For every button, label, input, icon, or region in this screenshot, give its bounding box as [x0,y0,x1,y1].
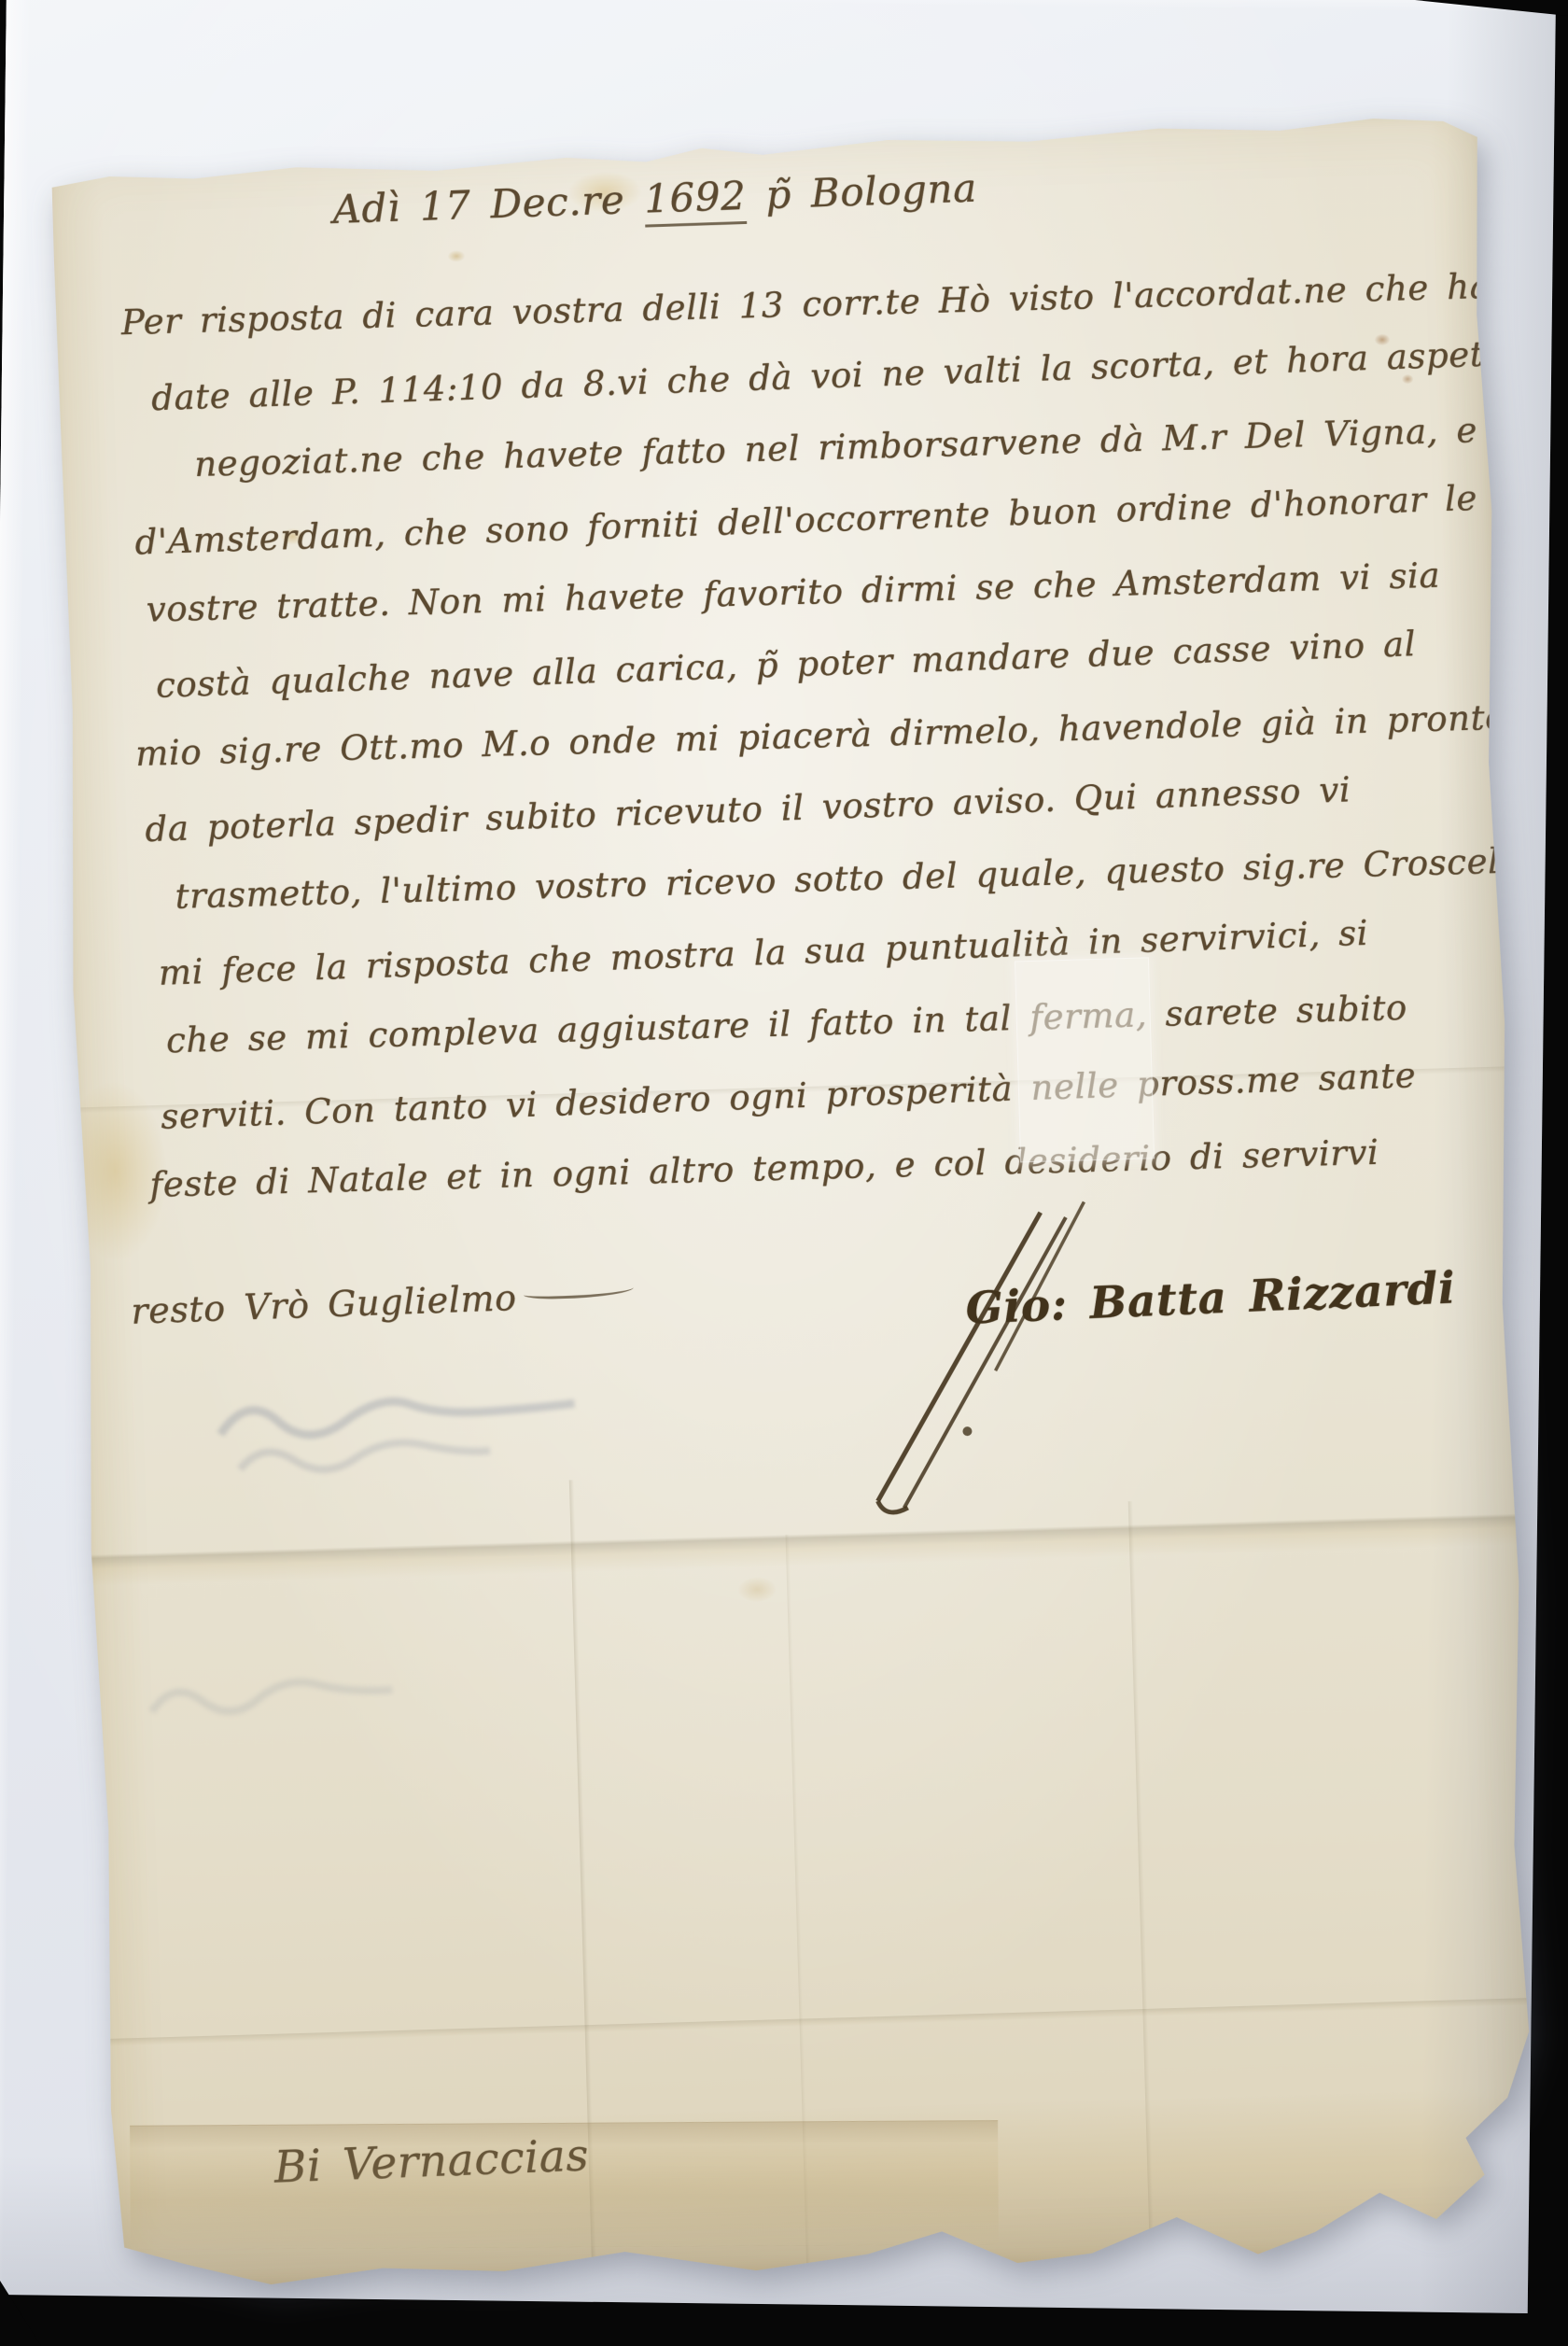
paper-stain [448,250,465,262]
paper-stain [738,1577,777,1602]
letter-line: feste di Natale et in ogni altro tempo, … [149,1132,1379,1205]
letter-line: mi fece la risposta che mostra la sua pu… [158,913,1369,993]
letter-line: mio sig.re Ott.mo M.o onde mi piacerà di… [135,697,1507,774]
paper-stain [1375,334,1390,345]
letter-line: da poterla spedir subito ricevuto il vos… [145,769,1351,850]
letter-line: vostre tratte. Non mi havete favorito di… [146,555,1440,630]
fold-crease-vertical [569,1480,597,2275]
dateline: Adì 17 Dec.re 1692 p̃ Bologna [332,165,978,232]
scanned-letter-photograph: Adì 17 Dec.re 1692 p̃ Bologna Per rispos… [0,0,1568,2346]
paper-stain [1402,374,1413,384]
paper-edge-browning [101,2087,1547,2289]
ink-bleedthrough [209,1339,614,1490]
address-docket: Bi Vernaccias [273,2129,590,2193]
date-prefix: Adì 17 Dec.re [332,176,645,232]
signature-flourish [848,1194,1110,1528]
fold-crease-horizontal [84,1513,1526,1586]
ink-bleedthrough [143,1638,426,1749]
fold-crease-horizontal [98,1998,1540,2046]
fold-crease-horizontal [71,1066,1513,1113]
letter-paper-wrap: Adì 17 Dec.re 1692 p̃ Bologna Per rispos… [44,109,1547,2290]
fold-crease-vertical [786,1535,811,2269]
paper-stain [61,1081,168,1261]
letter-line: che se mi compleva aggiustare il fatto i… [165,988,1407,1061]
letter-line: serviti. Con tanto vi desidero ogni pros… [161,1055,1417,1137]
bottom-fold [130,2120,999,2250]
paper-stain [567,171,642,214]
letter-line: costà qualche nave alla carica, p̃ poter… [155,624,1416,706]
fold-crease-vertical [1128,1501,1155,2259]
letter-line: d'Amsterdam, che sono forniti dell'occor… [134,478,1478,563]
letter-line: trasmetto, l'ultimo vostro ricevo sotto … [175,840,1523,917]
letter-line: date alle P. 114:10 da 8.vi che dà voi n… [151,331,1568,418]
letter-paper: Adì 17 Dec.re 1692 p̃ Bologna Per rispos… [44,109,1547,2290]
date-year: 1692 [643,173,747,228]
letter-line: Per risposta di cara vostra delli 13 cor… [120,263,1568,343]
closing-line: resto Vrò Guglielmo [131,1273,636,1332]
date-place: p̃ Bologna [746,165,978,218]
signature-text: Gio: Batta Rizzardi [965,1262,1457,1334]
letter-line: negoziat.ne che havete fatto nel rimbors… [194,407,1568,485]
paper-stain [280,527,305,545]
photo-print: Adì 17 Dec.re 1692 p̃ Bologna Per rispos… [0,0,1556,2313]
repair-patch [1015,957,1155,1162]
